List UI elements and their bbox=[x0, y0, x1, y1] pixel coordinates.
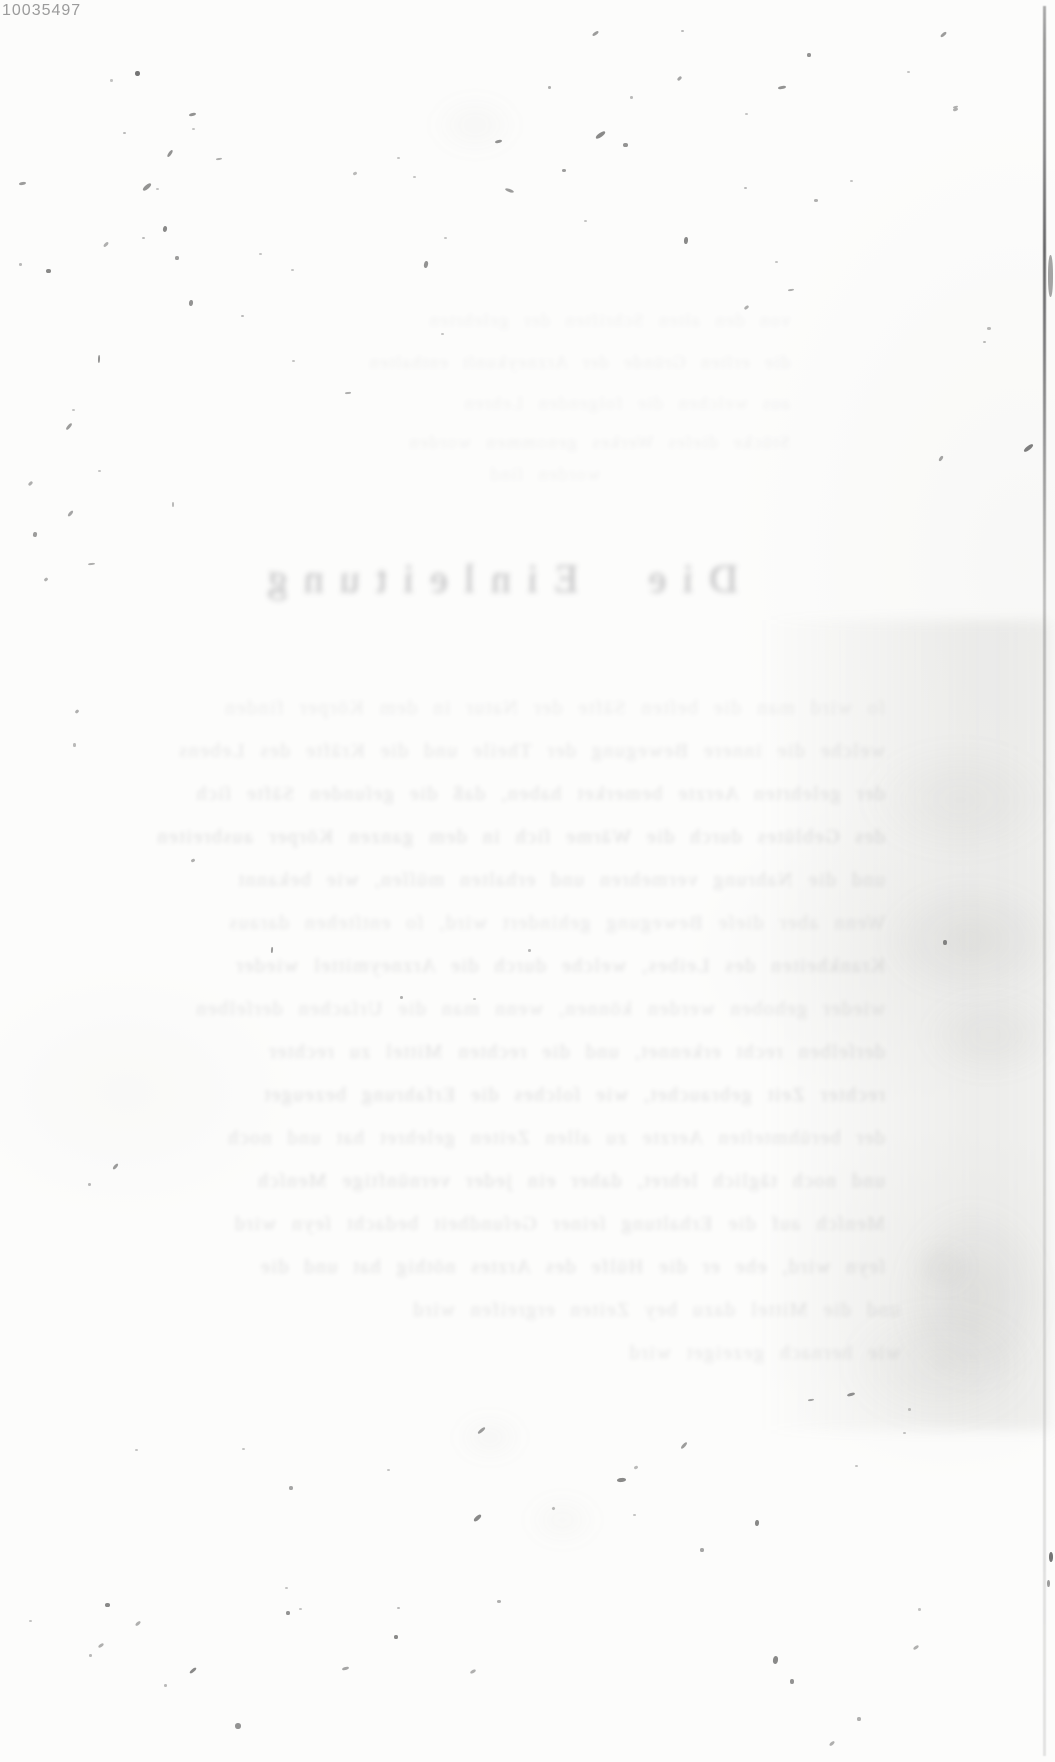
dust-speck bbox=[286, 1611, 290, 1615]
dust-speck bbox=[292, 360, 295, 362]
dust-speck bbox=[103, 241, 109, 247]
dust-speck bbox=[73, 743, 76, 747]
dust-speck bbox=[172, 502, 174, 507]
dust-speck bbox=[548, 86, 551, 89]
dust-speck bbox=[387, 1469, 390, 1471]
dust-speck bbox=[164, 1684, 167, 1687]
dust-speck bbox=[135, 1449, 138, 1451]
dust-speck bbox=[595, 130, 606, 140]
smudge bbox=[860, 740, 1055, 860]
dust-speck bbox=[473, 998, 476, 1000]
dust-speck bbox=[1048, 255, 1053, 297]
ghost-line-showthrough: aus welchen die folgenden Lehren bbox=[190, 389, 790, 417]
dust-speck bbox=[630, 96, 633, 99]
dust-speck bbox=[135, 71, 140, 76]
dust-speck bbox=[677, 76, 683, 82]
dust-speck bbox=[623, 143, 628, 147]
dust-speck bbox=[285, 1587, 288, 1589]
ghost-line-showthrough: die erſten Gründe der Arzneykunſt enthal… bbox=[90, 348, 790, 376]
dust-speck bbox=[65, 422, 72, 430]
dust-speck bbox=[235, 1723, 241, 1729]
dust-speck bbox=[135, 1620, 142, 1626]
dust-speck bbox=[744, 187, 747, 189]
dust-speck bbox=[1047, 1580, 1050, 1587]
dust-speck bbox=[156, 188, 159, 190]
dust-speck bbox=[98, 1643, 105, 1649]
dust-speck bbox=[680, 1442, 688, 1450]
dust-speck bbox=[470, 1669, 477, 1675]
dust-speck bbox=[584, 220, 587, 222]
dust-speck bbox=[987, 327, 991, 330]
dust-speck bbox=[788, 289, 794, 292]
dust-speck bbox=[166, 149, 173, 157]
dust-speck bbox=[1023, 443, 1034, 453]
dust-speck bbox=[44, 577, 49, 582]
dust-speck bbox=[75, 709, 80, 714]
dust-speck bbox=[88, 1183, 91, 1186]
dust-speck bbox=[850, 180, 853, 182]
dust-speck bbox=[259, 253, 262, 255]
dust-speck bbox=[953, 107, 959, 112]
dust-speck bbox=[918, 1608, 921, 1611]
dust-speck bbox=[1049, 1552, 1053, 1562]
dust-speck bbox=[633, 1514, 636, 1516]
dust-speck bbox=[938, 455, 944, 462]
dust-speck bbox=[397, 1607, 400, 1609]
dust-speck bbox=[29, 1620, 32, 1622]
dust-speck bbox=[216, 158, 222, 161]
dust-speck bbox=[505, 188, 514, 194]
page-edge-shadow bbox=[1043, 6, 1046, 1756]
dust-speck bbox=[189, 1667, 197, 1674]
ghost-heading-showthrough: Die Einleitung bbox=[170, 544, 820, 614]
dust-speck bbox=[617, 1478, 626, 1483]
dust-speck bbox=[241, 315, 244, 317]
dust-speck bbox=[123, 132, 126, 134]
dust-speck bbox=[745, 113, 748, 115]
ghost-line-showthrough: worden ſind bbox=[370, 460, 600, 488]
dust-speck bbox=[700, 1548, 704, 1552]
dust-speck bbox=[142, 237, 145, 239]
smudge bbox=[840, 1300, 1040, 1430]
dust-speck bbox=[940, 31, 947, 38]
dust-speck bbox=[423, 261, 428, 269]
dust-speck bbox=[497, 1600, 501, 1603]
dust-speck bbox=[291, 269, 294, 271]
dust-speck bbox=[67, 510, 74, 517]
dust-speck bbox=[242, 1448, 245, 1450]
dust-speck bbox=[857, 1717, 861, 1721]
dust-speck bbox=[903, 1432, 906, 1434]
dust-speck bbox=[192, 128, 195, 130]
ghost-line-showthrough: Stücke dieſes Werkes genommen worden bbox=[100, 428, 790, 456]
dust-speck bbox=[441, 333, 444, 335]
dust-speck bbox=[444, 237, 447, 239]
dust-speck bbox=[913, 1645, 920, 1651]
dust-speck bbox=[755, 1520, 760, 1526]
dust-speck bbox=[684, 237, 689, 244]
smudge bbox=[915, 1245, 970, 1290]
dust-speck bbox=[634, 1465, 639, 1470]
dust-speck bbox=[110, 79, 113, 82]
dust-speck bbox=[413, 176, 416, 178]
smudge bbox=[525, 1495, 600, 1545]
smudge bbox=[430, 95, 520, 155]
dust-speck bbox=[98, 470, 101, 472]
dust-speck bbox=[397, 157, 400, 159]
dust-speck bbox=[778, 85, 786, 89]
dust-speck bbox=[175, 256, 179, 260]
scanned-book-page: 10035497 Die Einleitung von den alten Sc… bbox=[0, 0, 1055, 1762]
dust-speck bbox=[88, 563, 95, 566]
scan-id-number: 10035497 bbox=[2, 2, 81, 20]
dust-speck bbox=[814, 199, 818, 202]
dust-speck bbox=[342, 1666, 350, 1671]
dust-speck bbox=[189, 112, 196, 116]
dust-speck bbox=[562, 169, 566, 172]
smudge bbox=[455, 1415, 525, 1460]
dust-speck bbox=[983, 341, 986, 343]
dust-speck bbox=[394, 1635, 398, 1639]
dust-speck bbox=[19, 263, 22, 266]
ghost-line-showthrough: von den alten Schriften der gelehrten bbox=[150, 306, 790, 334]
dust-speck bbox=[772, 1656, 778, 1665]
dust-speck bbox=[191, 858, 196, 863]
dust-speck bbox=[681, 30, 684, 32]
dust-speck bbox=[907, 71, 910, 73]
dust-speck bbox=[528, 949, 531, 952]
dust-speck bbox=[28, 481, 34, 487]
dust-speck bbox=[142, 182, 152, 191]
dust-speck bbox=[790, 1679, 794, 1684]
dust-speck bbox=[46, 269, 51, 273]
dust-speck bbox=[105, 1603, 110, 1607]
dust-speck bbox=[473, 1514, 482, 1523]
dust-speck bbox=[592, 30, 599, 36]
dust-speck bbox=[400, 996, 403, 999]
dust-speck bbox=[855, 1465, 858, 1467]
dust-speck bbox=[299, 1608, 302, 1610]
dust-speck bbox=[163, 226, 168, 233]
smudge bbox=[880, 880, 1055, 1000]
dust-speck bbox=[829, 1740, 836, 1746]
dust-speck bbox=[89, 1654, 92, 1657]
dust-speck bbox=[353, 171, 358, 176]
dust-speck bbox=[775, 261, 778, 263]
dust-speck bbox=[19, 181, 26, 185]
dust-speck bbox=[289, 1486, 293, 1490]
dust-speck bbox=[72, 409, 75, 411]
smudge bbox=[920, 990, 1055, 1080]
dust-speck bbox=[33, 532, 38, 538]
dust-speck bbox=[807, 53, 811, 57]
